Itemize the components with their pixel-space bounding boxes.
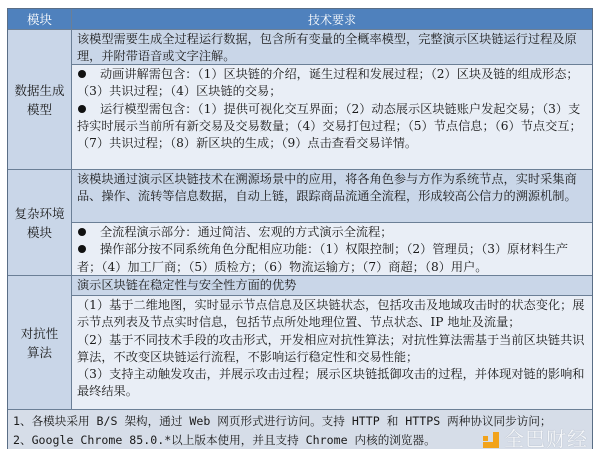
- bullet-text: 运行模型需包含：（1）提供可视化交互界面；（2）动态展示区块链账户发起交易；（3…: [77, 102, 582, 151]
- module-name: 对抗性算法: [8, 276, 72, 409]
- module-summary: 演示区块链在稳定性与安全性方面的优势: [72, 276, 592, 295]
- module-label: 对抗性算法: [20, 324, 60, 362]
- detail-item: （1）基于二维地图，实时显示节点信息及区块链状态，包括攻击及地域攻击时的状态变化…: [77, 297, 588, 332]
- module-label: 复杂环境模块: [14, 204, 66, 242]
- watermark: 全巴财经: [483, 430, 588, 449]
- module-name: 复杂环境模块: [8, 170, 72, 275]
- bullet-icon: [78, 228, 86, 236]
- bullet-text: 动画讲解需包含：（1）区块链的介绍，诞生过程和发展过程；（2）区块及链的组成形态…: [77, 67, 579, 98]
- jinse-logo-icon: [483, 432, 499, 448]
- module-details: 全流程演示部分：通过简洁、宏观的方式演示全流程； 操作部分按不同系统角色分配相应…: [72, 222, 592, 275]
- requirements-table: 模块 技术要求 数据生成模型 该模型需要生成全过程运行数据，包含所有变量的全概率…: [7, 8, 593, 449]
- bullet-item: 操作部分按不同系统角色分配相应功能：（1）权限控制；（2）管理员；（3）原材料生…: [77, 241, 588, 276]
- header-requirements: 技术要求: [72, 9, 592, 29]
- bullet-icon: [78, 105, 86, 113]
- module-details: 动画讲解需包含：（1）区块链的介绍，诞生过程和发展过程；（2）区块及链的组成形态…: [72, 64, 592, 169]
- bullet-text: 全流程演示部分：通过简洁、宏观的方式演示全流程；: [100, 225, 393, 239]
- bullet-text: 操作部分按不同系统角色分配相应功能：（1）权限控制；（2）管理员；（3）原材料生…: [77, 242, 568, 273]
- table-row-complex-environment: 复杂环境模块 该模块通过演示区块链技术在溯源场景中的应用，将各角色参与方作为系统…: [8, 169, 592, 275]
- detail-item: （3）支持主动触发攻击，并展示攻击过程；展示区块链抵御攻击的过程，并体现对链的影…: [77, 366, 588, 401]
- bullet-item: 运行模型需包含：（1）提供可视化交互界面；（2）动态展示区块链账户发起交易；（3…: [77, 101, 588, 153]
- module-details: （1）基于二维地图，实时显示节点信息及区块链状态，包括攻击及地域攻击时的状态变化…: [72, 295, 592, 409]
- bullet-icon: [78, 245, 86, 253]
- detail-item: （2）基于不同技术手段的攻击形式，开发相应对抗性算法；对抗性算法需基于当前区块链…: [77, 332, 588, 367]
- footer-note: 1、各模块采用 B/S 架构，通过 Web 网页形式进行访问。支持 HTTP 和…: [13, 412, 587, 431]
- header-module: 模块: [8, 9, 72, 29]
- table-header-row: 模块 技术要求: [8, 9, 592, 29]
- module-summary: 该模块通过演示区块链技术在溯源场景中的应用，将各角色参与方作为系统节点，实时采集…: [72, 170, 592, 222]
- bullet-item: 动画讲解需包含：（1）区块链的介绍，诞生过程和发展过程；（2）区块及链的组成形态…: [77, 66, 588, 101]
- table-row-data-generation: 数据生成模型 该模型需要生成全过程运行数据，包含所有变量的全概率模型，完整演示区…: [8, 29, 592, 169]
- module-summary: 该模型需要生成全过程运行数据，包含所有变量的全概率模型，完整演示区块链运行过程及…: [72, 30, 592, 64]
- module-name: 数据生成模型: [8, 30, 72, 169]
- bullet-item: 全流程演示部分：通过简洁、宏观的方式演示全流程；: [77, 224, 588, 241]
- bullet-icon: [78, 70, 86, 78]
- module-label: 数据生成模型: [14, 81, 66, 119]
- watermark-text: 全巴财经: [504, 430, 588, 449]
- table-row-adversarial-algorithm: 对抗性算法 演示区块链在稳定性与安全性方面的优势 （1）基于二维地图，实时显示节…: [8, 275, 592, 409]
- footer-notes: 1、各模块采用 B/S 架构，通过 Web 网页形式进行访问。支持 HTTP 和…: [8, 409, 592, 449]
